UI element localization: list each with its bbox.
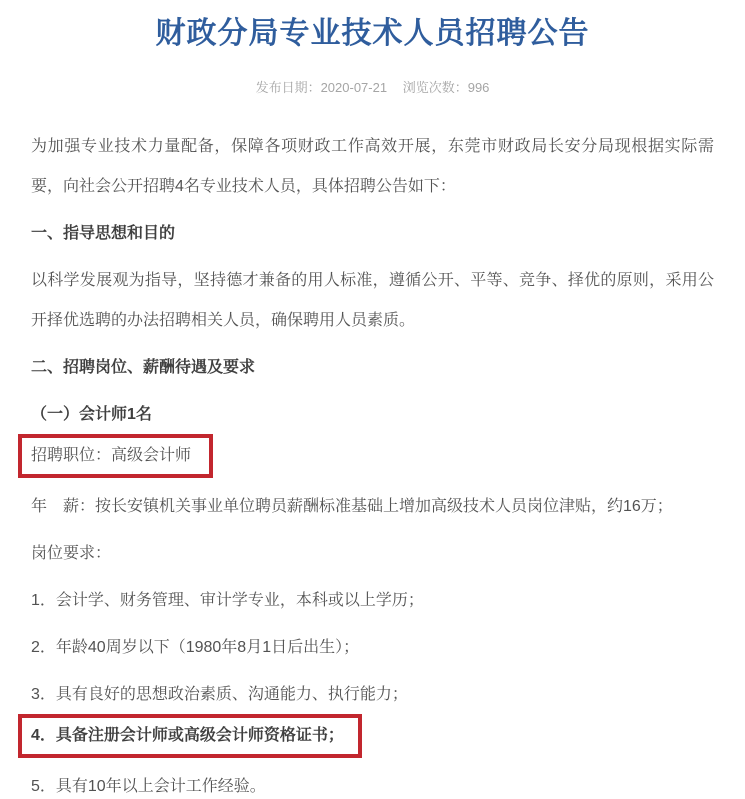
page-title: 财政分局专业技术人员招聘公告 — [31, 15, 714, 53]
highlight-box-position: 招聘职位：高级会计师 — [18, 434, 213, 478]
announcement-page: 财政分局专业技术人员招聘公告 发布日期：2020-07-21 浏览次数：996 … — [0, 0, 745, 799]
position-1-title-text: 招聘职位：高级会计师 — [31, 447, 191, 464]
requirements-label: 岗位要求： — [31, 534, 714, 574]
view-count-value: 996 — [468, 80, 490, 95]
position-1-highlight-line: 招聘职位：高级会计师 — [31, 434, 714, 478]
position-1-salary: 年 薪：按长安镇机关事业单位聘员薪酬标准基础上增加高级技术人员岗位津贴，约16万… — [31, 487, 714, 527]
requirement-item-4: 4．具备注册会计师或高级会计师资格证书； — [31, 727, 344, 744]
highlight-box-requirement-4: 4．具备注册会计师或高级会计师资格证书； — [18, 714, 362, 758]
requirement-item-1: 1．会计学、财务管理、审计学专业，本科或以上学历； — [31, 581, 714, 621]
publish-date-value: 2020-07-21 — [321, 80, 388, 95]
section-1-heading: 一、指导思想和目的 — [31, 214, 714, 254]
requirement-item-3: 3．具有良好的思想政治素质、沟通能力、执行能力； — [31, 675, 714, 715]
requirement-item-4-line: 4．具备注册会计师或高级会计师资格证书； — [31, 714, 714, 758]
requirement-item-5: 5．具有10年以上会计工作经验。 — [31, 767, 714, 799]
meta-line: 发布日期：2020-07-21 浏览次数：996 — [31, 80, 714, 96]
section-1-body: 以科学发展观为指导，坚持德才兼备的用人标准，遵循公开、平等、竞争、择优的原则，采… — [31, 261, 714, 341]
position-1-heading: （一）会计师1名 — [31, 395, 714, 435]
publish-date: 发布日期：2020-07-21 — [256, 80, 388, 96]
view-count: 浏览次数：996 — [403, 80, 490, 96]
intro-paragraph: 为加强专业技术力量配备，保障各项财政工作高效开展，东莞市财政局长安分局现根据实际… — [31, 127, 714, 207]
view-count-label: 浏览次数： — [403, 80, 468, 95]
announcement-body: 为加强专业技术力量配备，保障各项财政工作高效开展，东莞市财政局长安分局现根据实际… — [31, 127, 714, 799]
requirement-item-2: 2．年龄40周岁以下（1980年8月1日后出生）； — [31, 628, 714, 668]
section-2-heading: 二、招聘岗位、薪酬待遇及要求 — [31, 348, 714, 388]
publish-date-label: 发布日期： — [256, 80, 321, 95]
